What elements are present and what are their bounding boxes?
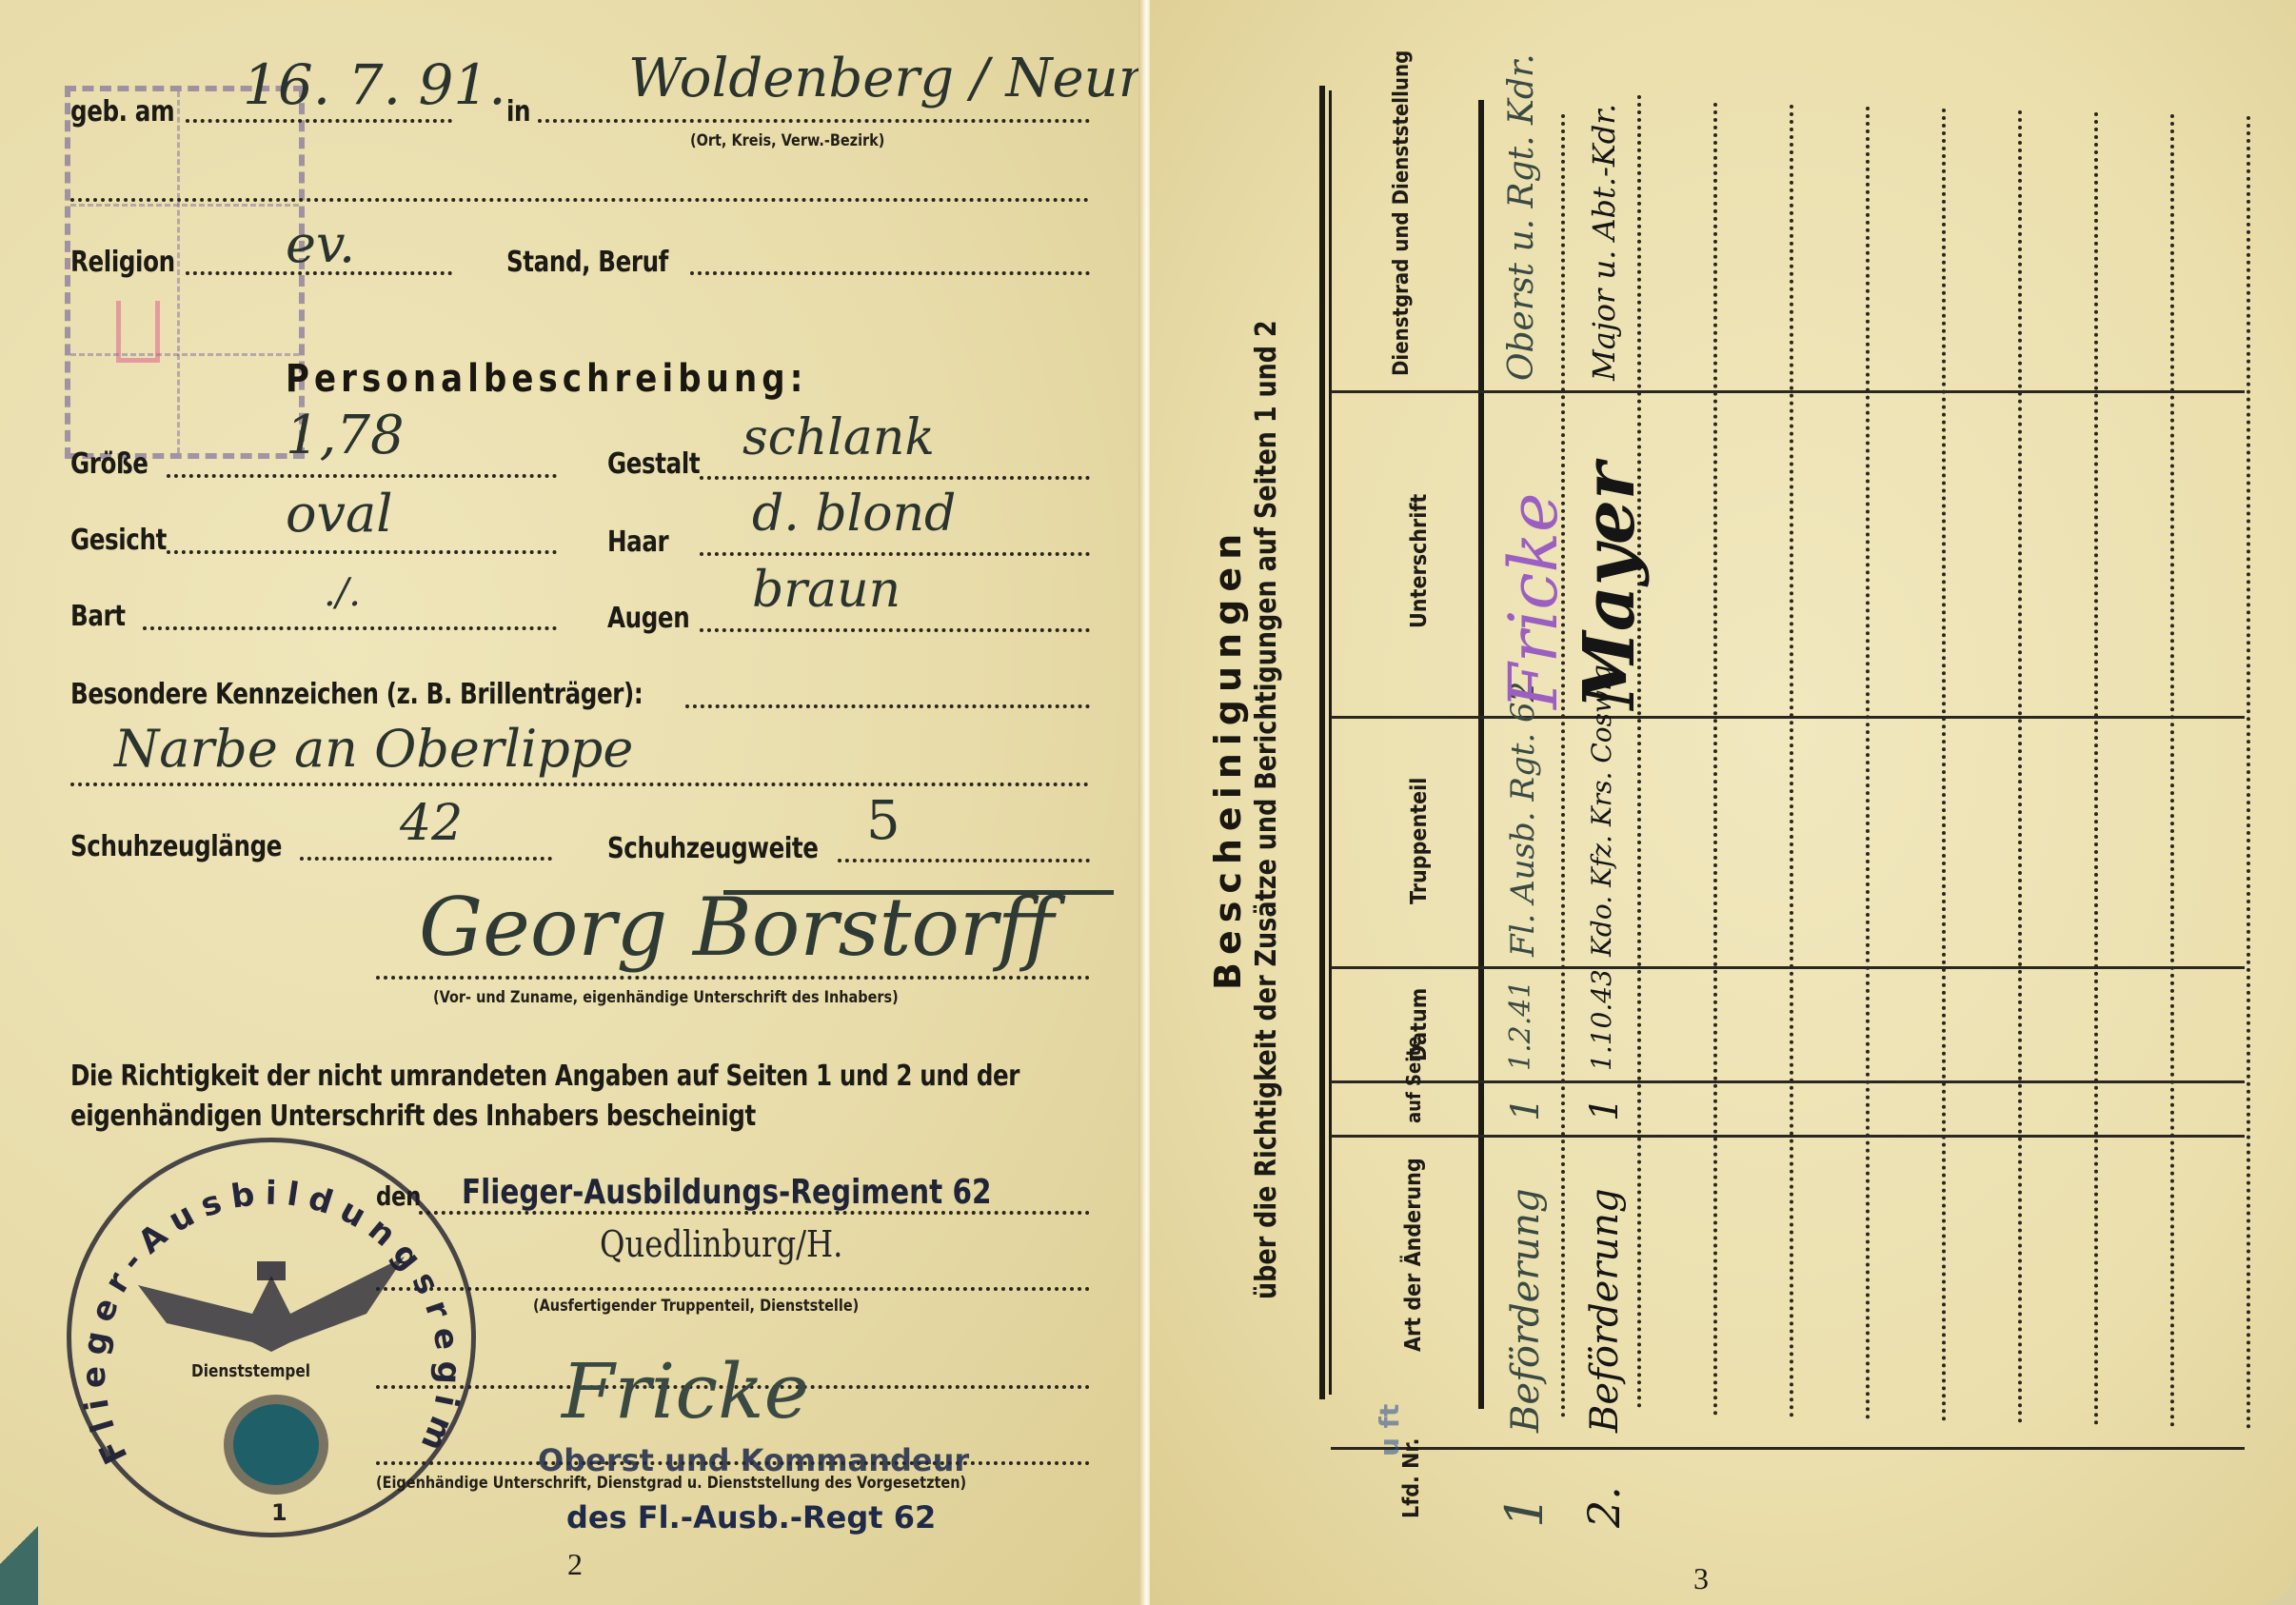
header-truppenteil: Truppenteil xyxy=(1405,778,1434,904)
signature-underline xyxy=(723,890,1114,895)
column-border-unterschrift xyxy=(1331,716,2245,719)
row2-seite[interactable]: 1 xyxy=(1583,1098,1627,1121)
column-border-datum xyxy=(1331,1080,2245,1083)
issuing-unit-location: Quedlinburg/H. xyxy=(600,1223,842,1265)
row1-nr[interactable]: 1 xyxy=(1494,1496,1554,1528)
height-value[interactable]: 1,78 xyxy=(286,405,405,466)
superior-title-stamp-2: des Fl.-Ausb.-Regt 62 xyxy=(566,1499,936,1536)
eyes-value[interactable]: braun xyxy=(752,562,901,619)
hair-line xyxy=(700,552,1090,556)
holder-signature-caption: (Vor- und Zuname, eigenhändige Unterschr… xyxy=(433,988,899,1007)
shoe-length-line xyxy=(300,857,552,861)
column-border-seite xyxy=(1331,1135,2245,1138)
header-datum: Datum xyxy=(1405,988,1434,1061)
table-header-border xyxy=(1478,100,1484,1409)
build-label: Gestalt xyxy=(607,447,700,481)
extra-line xyxy=(70,198,1089,202)
row-divider xyxy=(1942,109,1946,1422)
row-divider xyxy=(2018,110,2022,1424)
personal-description-heading: Personalbeschreibung: xyxy=(286,357,807,401)
face-line xyxy=(167,550,557,554)
stamp-number: 1 xyxy=(271,1499,287,1526)
row1-unterschrift[interactable]: Fricke xyxy=(1494,493,1573,709)
row-divider xyxy=(2170,114,2174,1428)
shoe-width-value[interactable]: 5 xyxy=(866,790,901,852)
birth-place-label: in xyxy=(506,95,530,129)
row1-seite[interactable]: 1 xyxy=(1504,1098,1548,1121)
build-line xyxy=(700,476,1090,480)
marks-line-1 xyxy=(685,704,1090,708)
row2-dienstgrad[interactable]: Major u. Abt.-Kdr. xyxy=(1586,104,1622,381)
occupation-label: Stand, Beruf xyxy=(506,246,668,279)
issuing-unit-name: Flieger-Ausbildungs-Regiment 62 xyxy=(462,1173,992,1212)
page-number-left: 2 xyxy=(567,1547,583,1582)
shoe-width-line xyxy=(838,859,1090,862)
eagle-emblem-icon xyxy=(138,1257,405,1352)
birth-date-line xyxy=(186,119,452,123)
left-page: geb. am 16. 7. 91. in Woldenberg / Neuma… xyxy=(0,0,1142,1605)
header-art: Art der Änderung xyxy=(1399,1158,1428,1352)
table-left-border xyxy=(1319,86,1325,1399)
religion-label: Religion xyxy=(70,246,175,279)
header-unterschrift: Unterschrift xyxy=(1405,494,1434,628)
birth-place-line xyxy=(538,119,1090,123)
beard-label: Bart xyxy=(70,600,126,633)
column-border-art xyxy=(1331,1447,2245,1450)
build-value[interactable]: schlank xyxy=(742,409,935,466)
row-divider xyxy=(2094,112,2098,1426)
right-page: Bescheinigungen über die Richtigkeit der… xyxy=(1150,0,2296,1605)
hair-label: Haar xyxy=(607,525,668,559)
shoe-width-label: Schuhzeugweite xyxy=(607,832,819,865)
eyes-label: Augen xyxy=(607,602,689,635)
superior-signature-caption: (Eigenhändige Unterschrift, Dienstgrad u… xyxy=(376,1474,966,1493)
row1-dienstgrad[interactable]: Oberst u. Rgt. Kdr. xyxy=(1502,53,1541,381)
birth-date-value[interactable]: 16. 7. 91. xyxy=(243,52,506,117)
row-divider xyxy=(1866,107,1870,1420)
shoe-length-label: Schuhzeuglänge xyxy=(70,830,282,863)
table-left-border-inner xyxy=(1329,90,1332,1395)
page-number-right: 3 xyxy=(1693,1561,1709,1596)
beard-line xyxy=(143,626,557,630)
row-divider xyxy=(1713,103,1717,1417)
eyes-line xyxy=(700,628,1090,632)
column-border-dienstgrad xyxy=(1331,390,2245,393)
shoe-length-value[interactable]: 42 xyxy=(400,795,463,852)
marks-line-2 xyxy=(70,783,1089,786)
birth-place-caption: (Ort, Kreis, Verw.-Bezirk) xyxy=(690,131,884,150)
hair-value[interactable]: d. blond xyxy=(752,485,956,543)
row1-truppenteil[interactable]: Fl. Ausb. Rgt. 62 xyxy=(1504,682,1542,957)
stamp-wreath-icon xyxy=(233,1404,319,1485)
row2-nr[interactable]: 2. xyxy=(1578,1486,1630,1528)
column-border-truppenteil xyxy=(1331,966,2245,969)
holder-signature-line xyxy=(376,976,1090,980)
row-divider xyxy=(1790,105,1793,1418)
row1-datum[interactable]: 1.2.41 xyxy=(1504,981,1537,1071)
row-divider xyxy=(1637,95,1641,1409)
face-value[interactable]: oval xyxy=(286,484,392,544)
issuing-unit-caption: (Ausfertigender Truppenteil, Dienststell… xyxy=(533,1297,859,1316)
certifications-title: Bescheinigungen xyxy=(1207,526,1249,990)
occupation-line xyxy=(690,271,1090,275)
certifications-subtitle: über die Richtigkeit der Zusätze und Ber… xyxy=(1250,320,1283,1299)
beard-value[interactable]: ./. xyxy=(324,571,361,615)
height-label: Größe xyxy=(70,447,148,481)
row1-art[interactable]: Beförderung xyxy=(1504,1188,1548,1433)
certification-text: Die Richtigkeit der nicht umrandeten Ang… xyxy=(70,1057,1085,1137)
row2-art[interactable]: Beförderung xyxy=(1583,1188,1627,1433)
face-label: Gesicht xyxy=(70,524,167,557)
marks-label: Besondere Kennzeichen (z. B. Brillenträg… xyxy=(70,678,643,711)
row-divider xyxy=(2247,116,2250,1430)
birth-date-label: geb. am xyxy=(70,95,174,129)
superior-signature[interactable]: Fricke xyxy=(562,1347,809,1436)
stamp-center-label: Dienststempel xyxy=(191,1361,310,1381)
height-line xyxy=(167,474,557,478)
religion-value[interactable]: ev. xyxy=(286,214,355,274)
row-divider xyxy=(1561,114,1565,1418)
cover-edge xyxy=(0,1485,38,1605)
marks-value[interactable]: Narbe an Oberlippe xyxy=(114,719,633,779)
row2-datum[interactable]: 1.10.43 xyxy=(1586,969,1617,1071)
faded-blue-stamp: u ft xyxy=(1374,1404,1405,1456)
issuing-line-2 xyxy=(376,1287,1090,1291)
header-dienstgrad: Dienstgrad und Dienststellung xyxy=(1388,50,1416,376)
row2-unterschrift[interactable]: Mayer xyxy=(1569,463,1651,709)
